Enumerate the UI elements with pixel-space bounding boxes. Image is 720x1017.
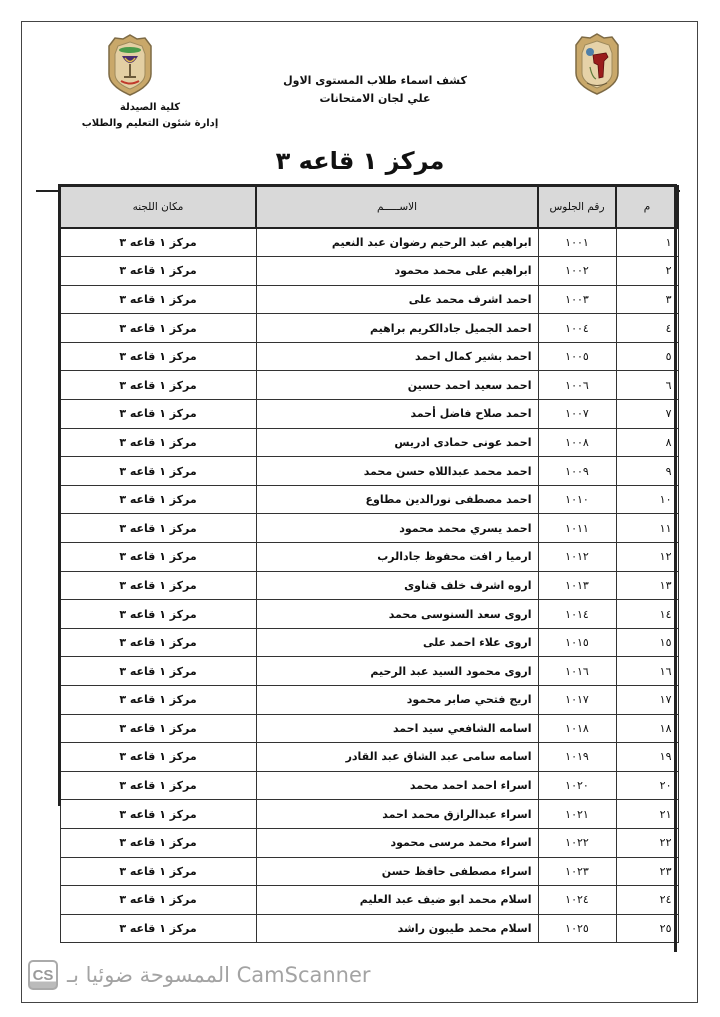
table-row: ١٥١٠١٥اروى علاء احمد علىمركز ١ قاعه ٣ — [60, 628, 678, 657]
table-row: ١٩١٠١٩اسامه سامى عبد الشاق عبد القادرمرك… — [60, 743, 678, 772]
table-row: ٧١٠٠٧احمد صلاح فاضل أحمدمركز ١ قاعه ٣ — [60, 400, 678, 429]
row-student-name: احمد صلاح فاضل أحمد — [256, 400, 538, 429]
faculty-name: كلية الصيدلة — [60, 100, 240, 116]
table-row: ١٨١٠١٨اسامه الشافعي سيد احمدمركز ١ قاعه … — [60, 714, 678, 743]
row-student-name: اريج فتحي صابر محمود — [256, 686, 538, 715]
row-committee-place: مركز ١ قاعه ٣ — [60, 371, 256, 400]
row-committee-place: مركز ١ قاعه ٣ — [60, 428, 256, 457]
row-seat-number: ١٠٠٤ — [538, 314, 616, 343]
row-seat-number: ١٠٠٩ — [538, 457, 616, 486]
row-student-name: احمد محمد عبداللاه حسن محمد — [256, 457, 538, 486]
row-index: ٢٢ — [616, 828, 678, 857]
row-index: ١١ — [616, 514, 678, 543]
table-row: ٩١٠٠٩احمد محمد عبداللاه حسن محمدمركز ١ ق… — [60, 457, 678, 486]
row-seat-number: ١٠١٧ — [538, 686, 616, 715]
table-row: ٥١٠٠٥احمد بشير كمال احمدمركز ١ قاعه ٣ — [60, 342, 678, 371]
row-student-name: اروى علاء احمد على — [256, 628, 538, 657]
column-header-index: م — [616, 186, 678, 228]
row-committee-place: مركز ١ قاعه ٣ — [60, 828, 256, 857]
row-student-name: اروى محمود السيد عبد الرحيم — [256, 657, 538, 686]
row-index: ٢٠ — [616, 771, 678, 800]
column-header-committee-place: مكان اللجنه — [60, 186, 256, 228]
row-student-name: ارميا ر افت محفوظ جادالرب — [256, 543, 538, 572]
table-left-border — [58, 185, 61, 806]
row-student-name: اسلام محمد ابو ضيف عبد العليم — [256, 886, 538, 915]
row-index: ٤ — [616, 314, 678, 343]
table-row: ٢١٠٠٢ابراهيم على محمد محمودمركز ١ قاعه ٣ — [60, 257, 678, 286]
table-row: ٤١٠٠٤احمد الجميل جادالكريم براهيممركز ١ … — [60, 314, 678, 343]
department-name: إدارة شئون التعليم والطلاب — [60, 116, 240, 132]
row-index: ٢١ — [616, 800, 678, 829]
row-committee-place: مركز ١ قاعه ٣ — [60, 914, 256, 943]
table-row: ٢٣١٠٢٣اسراء مصطفى حافظ حسنمركز ١ قاعه ٣ — [60, 857, 678, 886]
university-crest-icon — [574, 33, 620, 95]
row-seat-number: ١٠٠١ — [538, 228, 616, 257]
table-row: ٢٢١٠٢٢اسراء محمد مرسى محمودمركز ١ قاعه ٣ — [60, 828, 678, 857]
row-committee-place: مركز ١ قاعه ٣ — [60, 314, 256, 343]
camscanner-watermark: CS الممسوحة ضوئيا بـ CamScanner — [28, 958, 371, 992]
table-row: ٢٤١٠٢٤اسلام محمد ابو ضيف عبد العليممركز … — [60, 886, 678, 915]
row-seat-number: ١٠١٤ — [538, 600, 616, 629]
faculty-crest-icon — [107, 34, 153, 96]
row-seat-number: ١٠٠٦ — [538, 371, 616, 400]
row-student-name: احمد اشرف محمد على — [256, 285, 538, 314]
row-committee-place: مركز ١ قاعه ٣ — [60, 485, 256, 514]
document-title: كشف اسماء طلاب المستوى الاول علي لجان ال… — [260, 72, 490, 108]
row-student-name: اسراء عبدالرازق محمد احمد — [256, 800, 538, 829]
column-header-name: الاســـــم — [256, 186, 538, 228]
row-seat-number: ١٠١٣ — [538, 571, 616, 600]
row-committee-place: مركز ١ قاعه ٣ — [60, 600, 256, 629]
row-seat-number: ١٠١١ — [538, 514, 616, 543]
table-header-row: م رقم الجلوس الاســـــم مكان اللجنه — [60, 186, 678, 228]
table-row: ١٤١٠١٤اروى سعد السنوسى محمدمركز ١ قاعه ٣ — [60, 600, 678, 629]
row-committee-place: مركز ١ قاعه ٣ — [60, 400, 256, 429]
table-row: ١١١٠١١احمد يسري محمد محمودمركز ١ قاعه ٣ — [60, 514, 678, 543]
row-student-name: اسامه الشافعي سيد احمد — [256, 714, 538, 743]
row-index: ١٩ — [616, 743, 678, 772]
row-student-name: احمد الجميل جادالكريم براهيم — [256, 314, 538, 343]
row-seat-number: ١٠٢٥ — [538, 914, 616, 943]
row-student-name: اسراء احمد احمد محمد — [256, 771, 538, 800]
row-seat-number: ١٠٠٥ — [538, 342, 616, 371]
table-row: ١٢١٠١٢ارميا ر افت محفوظ جادالربمركز ١ قا… — [60, 543, 678, 572]
row-committee-place: مركز ١ قاعه ٣ — [60, 257, 256, 286]
row-committee-place: مركز ١ قاعه ٣ — [60, 714, 256, 743]
row-student-name: احمد مصطفى نورالدين مطاوع — [256, 485, 538, 514]
row-index: ٥ — [616, 342, 678, 371]
table-row: ٦١٠٠٦احمد سعيد احمد حسينمركز ١ قاعه ٣ — [60, 371, 678, 400]
row-committee-place: مركز ١ قاعه ٣ — [60, 514, 256, 543]
row-index: ٣ — [616, 285, 678, 314]
row-index: ١٣ — [616, 571, 678, 600]
row-index: ١٨ — [616, 714, 678, 743]
title-line-2: علي لجان الامتحانات — [260, 90, 490, 108]
row-index: ٢٣ — [616, 857, 678, 886]
table-row: ١١٠٠١ابراهيم عبد الرحيم رضوان عبد النعيم… — [60, 228, 678, 257]
row-student-name: اروه اشرف خلف قناوى — [256, 571, 538, 600]
row-seat-number: ١٠٠٨ — [538, 428, 616, 457]
table-row: ٢٠١٠٢٠اسراء احمد احمد محمدمركز ١ قاعه ٣ — [60, 771, 678, 800]
row-index: ١٥ — [616, 628, 678, 657]
table-row: ٢٥١٠٢٥اسلام محمد طيبون راشدمركز ١ قاعه ٣ — [60, 914, 678, 943]
table-body: ١١٠٠١ابراهيم عبد الرحيم رضوان عبد النعيم… — [60, 228, 678, 943]
row-committee-place: مركز ١ قاعه ٣ — [60, 800, 256, 829]
student-roster-table: م رقم الجلوس الاســـــم مكان اللجنه ١١٠٠… — [59, 185, 677, 943]
row-committee-place: مركز ١ قاعه ٣ — [60, 628, 256, 657]
row-seat-number: ١٠٠٢ — [538, 257, 616, 286]
row-index: ٢٥ — [616, 914, 678, 943]
row-index: ١٤ — [616, 600, 678, 629]
table-right-border — [674, 185, 677, 952]
row-committee-place: مركز ١ قاعه ٣ — [60, 743, 256, 772]
row-index: ٦ — [616, 371, 678, 400]
hall-heading: مركز ١ قاعه ٣ — [0, 147, 720, 175]
row-student-name: اسراء مصطفى حافظ حسن — [256, 857, 538, 886]
row-index: ٢ — [616, 257, 678, 286]
row-seat-number: ١٠٠٣ — [538, 285, 616, 314]
row-student-name: احمد سعيد احمد حسين — [256, 371, 538, 400]
table-row: ١٣١٠١٣اروه اشرف خلف قناوىمركز ١ قاعه ٣ — [60, 571, 678, 600]
table-row: ١٠١٠١٠احمد مصطفى نورالدين مطاوعمركز ١ قا… — [60, 485, 678, 514]
table-row: ٢١١٠٢١اسراء عبدالرازق محمد احمدمركز ١ قا… — [60, 800, 678, 829]
row-student-name: اسامه سامى عبد الشاق عبد القادر — [256, 743, 538, 772]
table-row: ٨١٠٠٨احمد عونى حمادى ادريسمركز ١ قاعه ٣ — [60, 428, 678, 457]
table-row: ١٦١٠١٦اروى محمود السيد عبد الرحيممركز ١ … — [60, 657, 678, 686]
row-seat-number: ١٠٢٠ — [538, 771, 616, 800]
row-committee-place: مركز ١ قاعه ٣ — [60, 228, 256, 257]
row-index: ١٦ — [616, 657, 678, 686]
row-seat-number: ١٠٢٤ — [538, 886, 616, 915]
row-committee-place: مركز ١ قاعه ٣ — [60, 686, 256, 715]
row-committee-place: مركز ١ قاعه ٣ — [60, 457, 256, 486]
table-row: ٣١٠٠٣احمد اشرف محمد علىمركز ١ قاعه ٣ — [60, 285, 678, 314]
row-seat-number: ١٠١٨ — [538, 714, 616, 743]
row-seat-number: ١٠١٢ — [538, 543, 616, 572]
camscanner-logo-icon: CS — [28, 960, 58, 990]
roster-table: م رقم الجلوس الاســـــم مكان اللجنه ١١٠٠… — [59, 185, 679, 943]
title-line-1: كشف اسماء طلاب المستوى الاول — [260, 72, 490, 90]
row-seat-number: ١٠٢٣ — [538, 857, 616, 886]
row-student-name: ابراهيم على محمد محمود — [256, 257, 538, 286]
row-student-name: اسلام محمد طيبون راشد — [256, 914, 538, 943]
row-seat-number: ١٠٢١ — [538, 800, 616, 829]
row-index: ١٧ — [616, 686, 678, 715]
table-top-border — [58, 184, 677, 187]
row-seat-number: ١٠١٥ — [538, 628, 616, 657]
row-student-name: ابراهيم عبد الرحيم رضوان عبد النعيم — [256, 228, 538, 257]
row-index: ١٠ — [616, 485, 678, 514]
row-index: ٧ — [616, 400, 678, 429]
row-seat-number: ١٠٢٢ — [538, 828, 616, 857]
row-seat-number: ١٠١٠ — [538, 485, 616, 514]
row-committee-place: مركز ١ قاعه ٣ — [60, 886, 256, 915]
row-committee-place: مركز ١ قاعه ٣ — [60, 285, 256, 314]
row-committee-place: مركز ١ قاعه ٣ — [60, 543, 256, 572]
row-student-name: اروى سعد السنوسى محمد — [256, 600, 538, 629]
row-student-name: اسراء محمد مرسى محمود — [256, 828, 538, 857]
row-index: ٨ — [616, 428, 678, 457]
row-student-name: احمد يسري محمد محمود — [256, 514, 538, 543]
faculty-block: كلية الصيدلة إدارة شئون التعليم والطلاب — [60, 100, 240, 132]
column-header-seat-number: رقم الجلوس — [538, 186, 616, 228]
row-seat-number: ١٠١٩ — [538, 743, 616, 772]
table-row: ١٧١٠١٧اريج فتحي صابر محمودمركز ١ قاعه ٣ — [60, 686, 678, 715]
row-index: ١٢ — [616, 543, 678, 572]
row-committee-place: مركز ١ قاعه ٣ — [60, 657, 256, 686]
row-index: ٩ — [616, 457, 678, 486]
watermark-text: الممسوحة ضوئيا بـ CamScanner — [67, 963, 371, 987]
row-seat-number: ١٠٠٧ — [538, 400, 616, 429]
row-student-name: احمد عونى حمادى ادريس — [256, 428, 538, 457]
row-seat-number: ١٠١٦ — [538, 657, 616, 686]
row-committee-place: مركز ١ قاعه ٣ — [60, 571, 256, 600]
row-committee-place: مركز ١ قاعه ٣ — [60, 771, 256, 800]
row-committee-place: مركز ١ قاعه ٣ — [60, 857, 256, 886]
row-index: ١ — [616, 228, 678, 257]
row-committee-place: مركز ١ قاعه ٣ — [60, 342, 256, 371]
row-student-name: احمد بشير كمال احمد — [256, 342, 538, 371]
row-index: ٢٤ — [616, 886, 678, 915]
